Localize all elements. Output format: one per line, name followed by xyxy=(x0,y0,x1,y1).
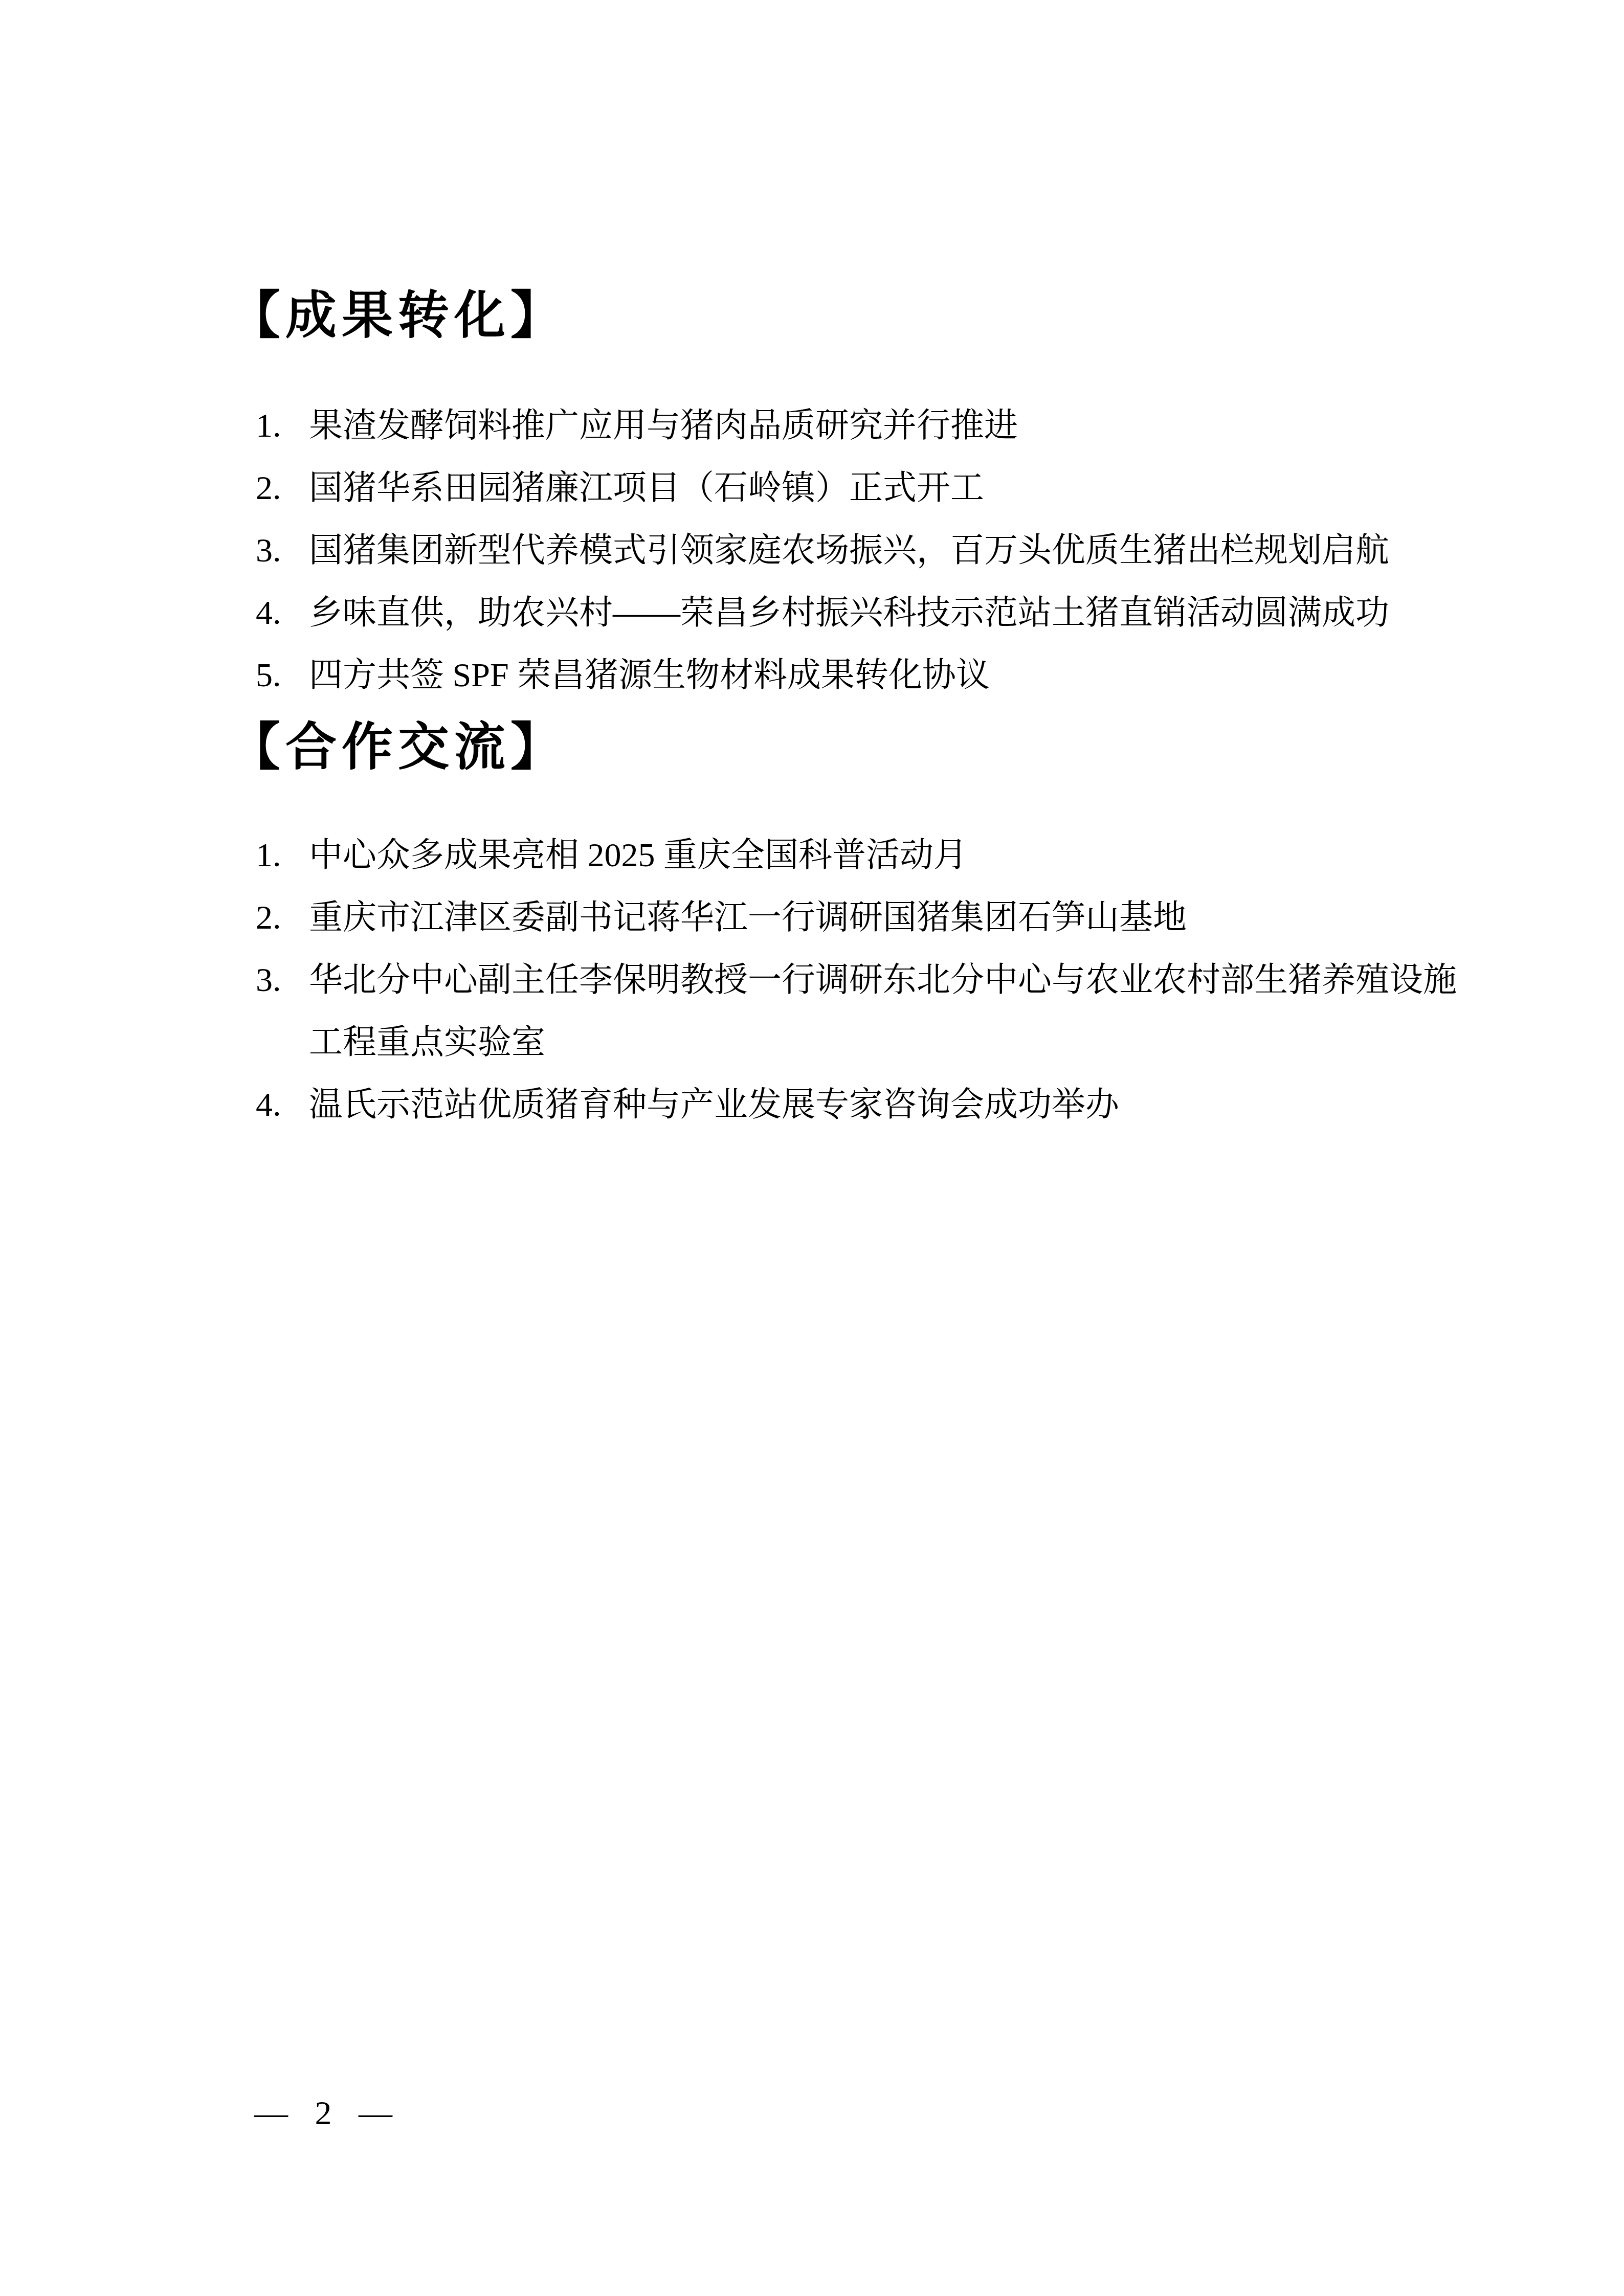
page-number: — 2 — xyxy=(254,2097,395,2130)
section-heading-achievement-transfer: 【成果转化】 xyxy=(229,290,567,342)
toc-item: 2. 重庆市江津区委副书记蒋华江一行调研国猪集团石笋山基地 xyxy=(256,887,1455,949)
toc-item: 3. 国猪集团新型代养模式引领家庭农场振兴，百万头优质生猪出栏规划启航 xyxy=(256,520,1455,582)
item-text: 果渣发酵饲料推广应用与猪肉品质研究并行推进 xyxy=(309,395,1455,457)
item-text: 乡味直供，助农兴村——荣昌乡村振兴科技示范站土猪直销活动圆满成功 xyxy=(309,582,1455,644)
document-page: 【成果转化】 1. 果渣发酵饲料推广应用与猪肉品质研究并行推进 2. 国猪华系田… xyxy=(0,0,1624,2296)
toc-item: 5. 四方共签 SPF 荣昌猪源生物材料成果转化协议 xyxy=(256,644,1455,707)
item-number: 1. xyxy=(256,824,309,887)
toc-item: 2. 国猪华系田园猪廉江项目（石岭镇）正式开工 xyxy=(256,457,1455,520)
item-number: 4. xyxy=(256,582,309,644)
item-text: 华北分中心副主任李保明教授一行调研东北分中心与农业农村部生猪养殖设施 xyxy=(309,949,1455,1011)
toc-item: 4. 乡味直供，助农兴村——荣昌乡村振兴科技示范站土猪直销活动圆满成功 xyxy=(256,582,1455,644)
item-text: 中心众多成果亮相 2025 重庆全国科普活动月 xyxy=(309,824,1455,887)
item-text: 国猪华系田园猪廉江项目（石岭镇）正式开工 xyxy=(309,457,1455,520)
section-heading-cooperation-exchange: 【合作交流】 xyxy=(229,722,567,773)
item-number: 2. xyxy=(256,457,309,520)
item-number: 3. xyxy=(256,949,309,1011)
toc-list-cooperation-exchange: 1. 中心众多成果亮相 2025 重庆全国科普活动月 2. 重庆市江津区委副书记… xyxy=(256,824,1455,1136)
item-text: 国猪集团新型代养模式引领家庭农场振兴，百万头优质生猪出栏规划启航 xyxy=(309,520,1455,582)
toc-item: 1. 中心众多成果亮相 2025 重庆全国科普活动月 xyxy=(256,824,1455,887)
item-number: 1. xyxy=(256,395,309,457)
toc-item: 3. 华北分中心副主任李保明教授一行调研东北分中心与农业农村部生猪养殖设施 工程… xyxy=(256,949,1455,1074)
item-text: 重庆市江津区委副书记蒋华江一行调研国猪集团石笋山基地 xyxy=(309,887,1455,949)
toc-item: 4. 温氏示范站优质猪育种与产业发展专家咨询会成功举办 xyxy=(256,1074,1455,1136)
toc-list-achievement-transfer: 1. 果渣发酵饲料推广应用与猪肉品质研究并行推进 2. 国猪华系田园猪廉江项目（… xyxy=(256,395,1455,707)
item-text: 四方共签 SPF 荣昌猪源生物材料成果转化协议 xyxy=(309,644,1455,707)
toc-item: 1. 果渣发酵饲料推广应用与猪肉品质研究并行推进 xyxy=(256,395,1455,457)
item-number: 5. xyxy=(256,644,309,707)
item-number: 3. xyxy=(256,520,309,582)
item-number: 4. xyxy=(256,1074,309,1136)
item-text-continuation: 工程重点实验室 xyxy=(309,1011,1455,1074)
item-text: 温氏示范站优质猪育种与产业发展专家咨询会成功举办 xyxy=(309,1074,1455,1136)
item-number: 2. xyxy=(256,887,309,949)
